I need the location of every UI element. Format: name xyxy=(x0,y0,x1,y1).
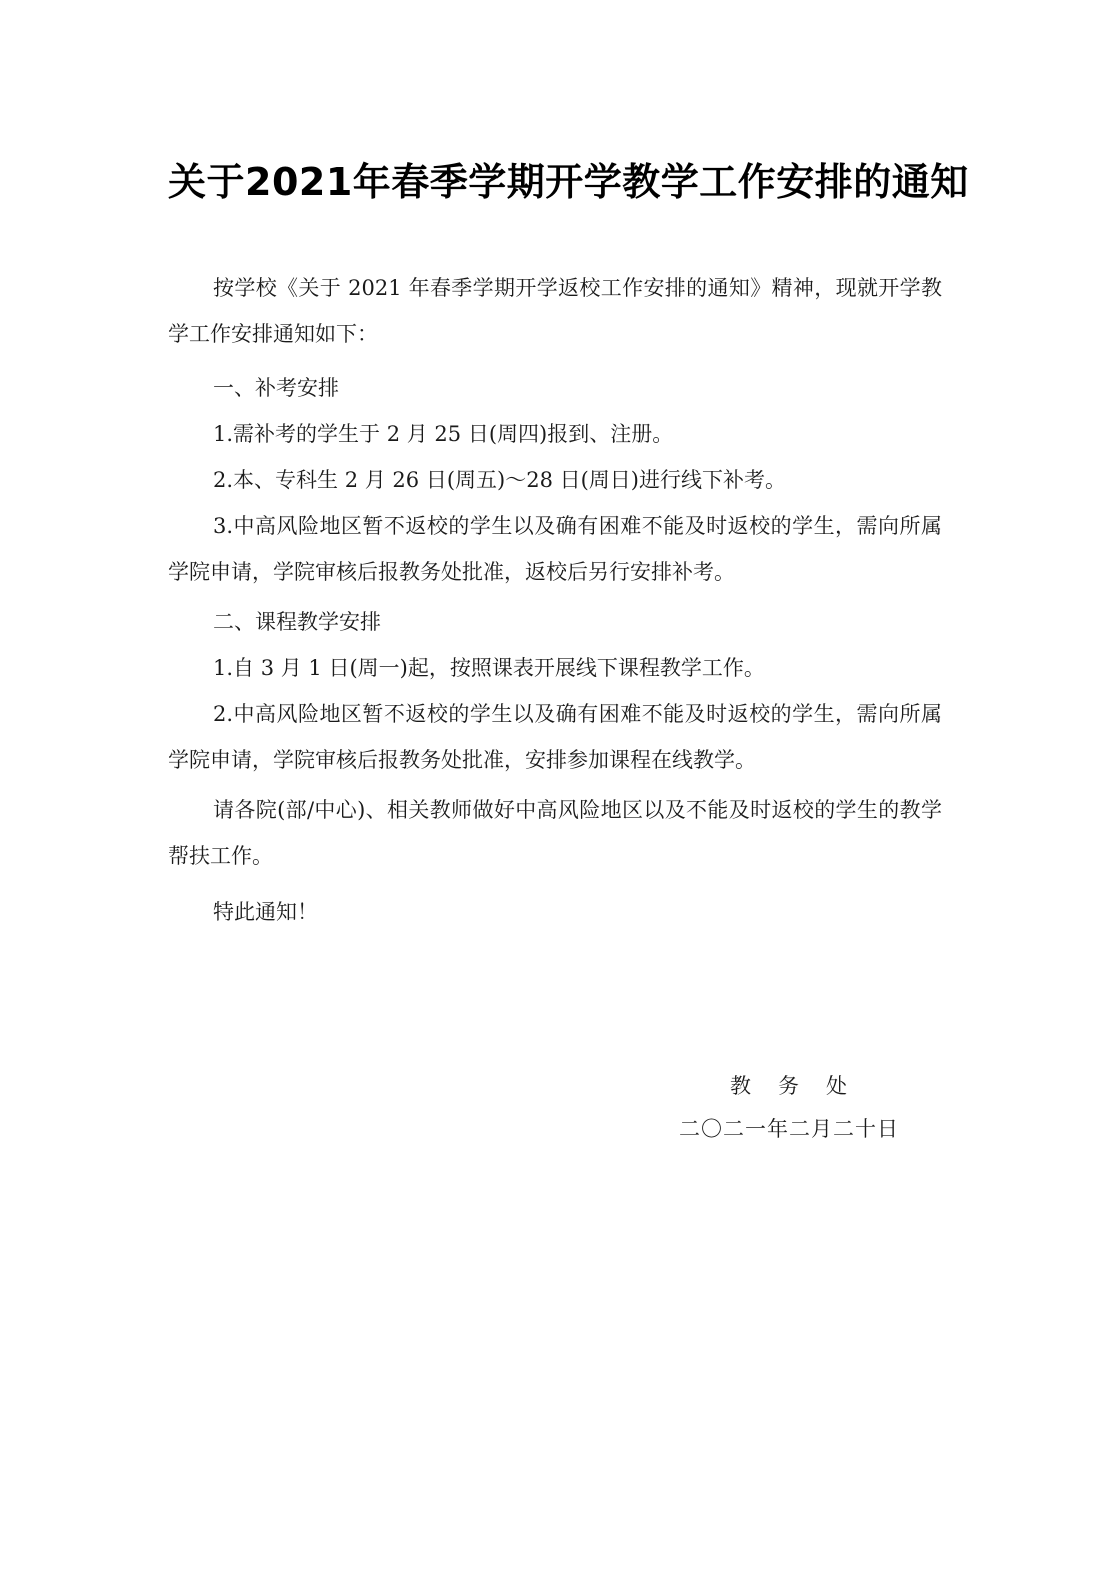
signature-department: 教务处 xyxy=(730,1070,874,1100)
document-page: 关于2021年春季学期开学教学工作安排的通知 按学校《关于 2021 年春季学期… xyxy=(0,0,1111,1571)
document-title: 关于2021年春季学期开学教学工作安排的通知 xyxy=(168,153,948,211)
makeup-exam-item-1: 1.需补考的学生于 2 月 25 日(周四)报到、注册。 xyxy=(168,411,942,457)
section-heading-makeup-exam: 一、补考安排 xyxy=(168,365,942,411)
closing-request-paragraph: 请各院(部/中心)、相关教师做好中高风险地区以及不能及时返校的学生的教学帮扶工作… xyxy=(168,787,942,879)
makeup-exam-item-2: 2.本、专科生 2 月 26 日(周五)～28 日(周日)进行线下补考。 xyxy=(168,457,942,503)
signature-date: 二〇二一年二月二十日 xyxy=(679,1113,899,1143)
makeup-exam-item-3: 3.中高风险地区暂不返校的学生以及确有困难不能及时返校的学生，需向所属学院申请，… xyxy=(168,503,942,595)
closing-statement: 特此通知！ xyxy=(168,889,942,935)
section-heading-course-teaching: 二、课程教学安排 xyxy=(168,599,942,645)
course-teaching-item-1: 1.自 3 月 1 日(周一)起，按照课表开展线下课程教学工作。 xyxy=(168,645,942,691)
course-teaching-item-2: 2.中高风险地区暂不返校的学生以及确有困难不能及时返校的学生，需向所属学院申请，… xyxy=(168,691,942,783)
intro-paragraph: 按学校《关于 2021 年春季学期开学返校工作安排的通知》精神，现就开学教学工作… xyxy=(168,265,942,357)
